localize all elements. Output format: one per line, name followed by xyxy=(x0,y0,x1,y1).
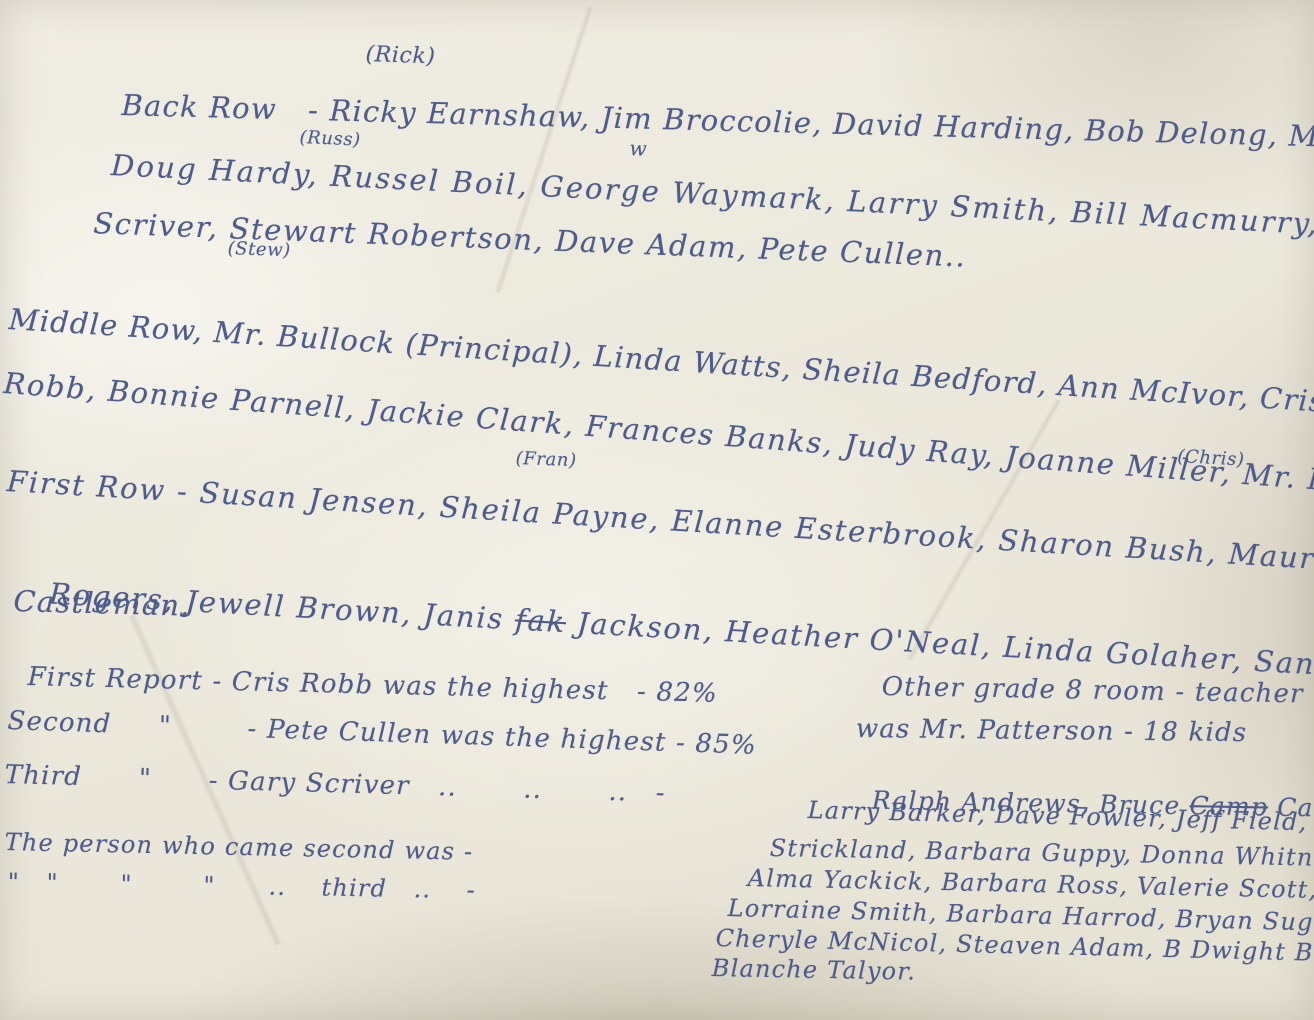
nickname-chris: (Chris) xyxy=(1177,446,1245,470)
person-third-line: " " " " .. third .. - xyxy=(8,868,477,904)
back-row-line-1: Back Row - Ricky Earnshaw, Jim Broccolie… xyxy=(121,88,1314,159)
nickname-stew: (Stew) xyxy=(227,238,291,261)
other-room-line-2: was Mr. Patterson - 18 kids xyxy=(856,714,1248,748)
first-row-crossed-out-word: fak xyxy=(514,602,567,639)
nickname-russ: (Russ) xyxy=(299,127,361,151)
report-second-line: Second " - Pete Cullen was the highest -… xyxy=(7,706,757,761)
other-room-line-1: Other grade 8 room - teacher xyxy=(881,672,1303,709)
handwritten-page: (Rick) Back Row - Ricky Earnshaw, Jim Br… xyxy=(0,0,1314,1020)
person-second-line: The person who came second was - xyxy=(4,828,473,866)
insert-w-mark: w xyxy=(629,136,648,161)
first-row-line-3: Castleman. xyxy=(13,584,191,623)
nickname-rick: (Rick) xyxy=(365,42,436,69)
nickname-fran: (Fran) xyxy=(515,448,577,471)
report-third-line: Third " - Gary Scriver .. .. .. - xyxy=(4,760,666,808)
other-room-line-9: Blanche Talyor. xyxy=(712,954,917,986)
